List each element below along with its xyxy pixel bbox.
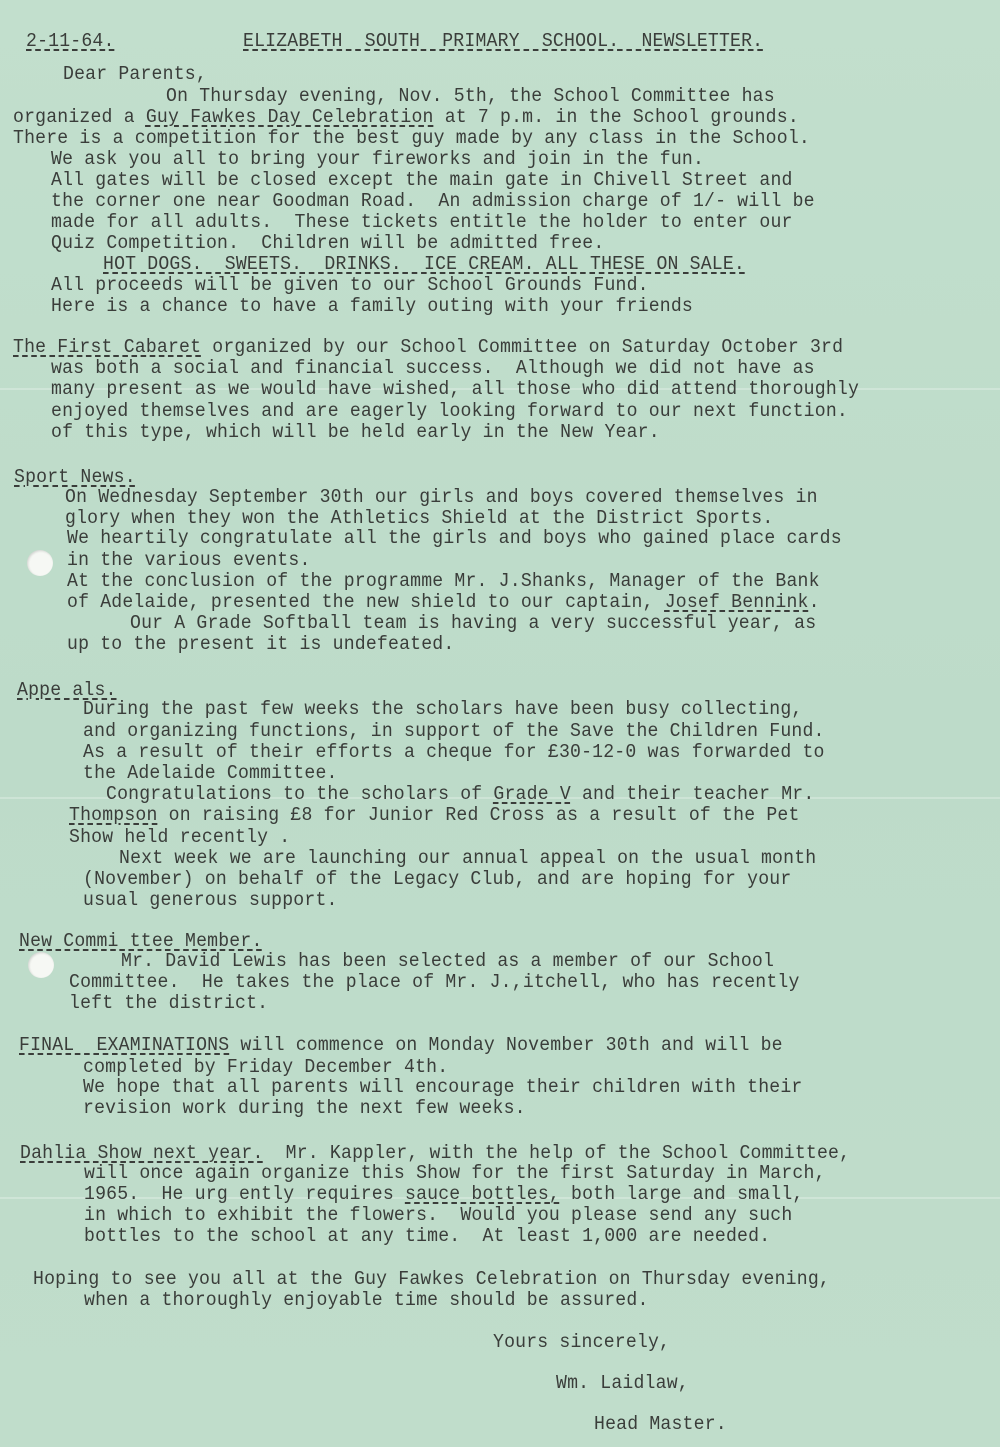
text-line: usual generous support. bbox=[83, 889, 338, 911]
text-line: 1965. He urg ently requires sauce bottle… bbox=[84, 1183, 803, 1205]
text-line: We heartily congratulate all the girls a… bbox=[67, 527, 842, 549]
text-line: Here is a chance to have a family outing… bbox=[51, 295, 693, 317]
section-heading: The First Cabaret bbox=[13, 336, 201, 358]
newsletter-date: 2-11-64. bbox=[26, 30, 115, 52]
text-line: We ask you all to bring your fireworks a… bbox=[51, 148, 704, 170]
text-line: All gates will be closed except the main… bbox=[51, 169, 793, 191]
text-line: Thompson on raising £8 for Junior Red Cr… bbox=[69, 804, 800, 826]
text-line: During the past few weeks the scholars h… bbox=[83, 698, 802, 720]
signatory-position: Head Master. bbox=[594, 1413, 727, 1435]
text-line: On Wednesday September 30th our girls an… bbox=[65, 486, 818, 508]
text-line: (November) on behalf of the Legacy Club,… bbox=[83, 868, 791, 890]
text-line: glory when they won the Athletics Shield… bbox=[65, 507, 773, 529]
text-line: up to the present it is undefeated. bbox=[67, 633, 454, 655]
text-line: left the district. bbox=[69, 992, 268, 1014]
text-line: Show held recently . bbox=[69, 826, 290, 848]
text-line: Mr. David Lewis has been selected as a m… bbox=[121, 950, 774, 972]
text-line: Our A Grade Softball team is having a ve… bbox=[130, 612, 816, 634]
newsletter-title: ELIZABETH SOUTH PRIMARY SCHOOL. NEWSLETT… bbox=[243, 30, 763, 52]
text-line: will once again organize this Show for t… bbox=[84, 1162, 826, 1184]
text-line: bottles to the school at any time. At le… bbox=[84, 1225, 770, 1247]
for-sale-banner: HOT DOGS. SWEETS. DRINKS. ICE CREAM. ALL… bbox=[103, 253, 745, 275]
text-line: As a result of their efforts a cheque fo… bbox=[83, 741, 825, 763]
text-line: in which to exhibit the flowers. Would y… bbox=[84, 1204, 792, 1226]
text-line: the Adelaide Committee. bbox=[83, 762, 338, 784]
captain-name: Josef Bennink bbox=[665, 591, 809, 613]
text-line: made for all adults. These tickets entit… bbox=[51, 211, 793, 233]
text-line: At the conclusion of the programme Mr. J… bbox=[67, 570, 820, 592]
text-line: Committee. He takes the place of Mr. J.,… bbox=[69, 971, 800, 993]
text-line: and organizing functions, in support of … bbox=[83, 720, 825, 742]
punch-hole bbox=[27, 550, 53, 576]
text-line: many present as we would have wished, al… bbox=[51, 378, 859, 400]
text-line: of this type, which will be held early i… bbox=[51, 421, 660, 443]
text-line: We hope that all parents will encourage … bbox=[83, 1076, 802, 1098]
newsletter-page: 2-11-64. ELIZABETH SOUTH PRIMARY SCHOOL.… bbox=[0, 0, 1000, 1447]
text-line: completed by Friday December 4th. bbox=[83, 1056, 448, 1078]
text-line: was both a social and financial success.… bbox=[51, 357, 815, 379]
guy-fawkes-highlight: Guy Fawkes Day Celebration bbox=[146, 106, 434, 128]
valediction: Yours sincerely, bbox=[493, 1331, 670, 1353]
text-line: when a thoroughly enjoyable time should … bbox=[84, 1289, 649, 1311]
text-line: On Thursday evening, Nov. 5th, the Schoo… bbox=[166, 85, 775, 107]
text-line: enjoyed themselves and are eagerly looki… bbox=[51, 400, 848, 422]
teacher-name: Thompson bbox=[69, 804, 158, 826]
text-line: Hoping to see you all at the Guy Fawkes … bbox=[33, 1268, 830, 1290]
text-line: organized a Guy Fawkes Day Celebration a… bbox=[13, 106, 799, 128]
section-heading: New Commi ttee Member. bbox=[19, 930, 263, 952]
text-line: All proceeds will be given to our School… bbox=[51, 274, 649, 296]
text-line: FINAL EXAMINATIONS will commence on Mond… bbox=[19, 1034, 783, 1056]
salutation: Dear Parents, bbox=[63, 63, 207, 85]
text-line: in the various events. bbox=[67, 549, 311, 571]
text-line: The First Cabaret organized by our Schoo… bbox=[13, 336, 843, 358]
text-line: There is a competition for the best guy … bbox=[13, 127, 810, 149]
section-heading: FINAL EXAMINATIONS bbox=[19, 1034, 229, 1056]
text-line: revision work during the next few weeks. bbox=[83, 1097, 526, 1119]
grade-highlight: Grade V bbox=[493, 783, 570, 805]
text-line: Congratulations to the scholars of Grade… bbox=[106, 783, 814, 805]
text-line: Next week we are launching our annual ap… bbox=[119, 847, 816, 869]
text-line: Dahlia Show next year. Mr. Kappler, with… bbox=[20, 1142, 850, 1164]
section-heading: Dahlia Show next year. bbox=[20, 1142, 264, 1164]
section-heading: Sport News. bbox=[14, 466, 136, 488]
punch-hole bbox=[28, 952, 54, 978]
text-line: the corner one near Goodman Road. An adm… bbox=[51, 190, 815, 212]
text-line: of Adelaide, presented the new shield to… bbox=[67, 591, 820, 613]
text-line: Quiz Competition. Children will be admit… bbox=[51, 232, 604, 254]
sauce-bottles-highlight: sauce bottles, bbox=[405, 1183, 560, 1205]
signature: Wm. Laidlaw, bbox=[556, 1372, 689, 1394]
